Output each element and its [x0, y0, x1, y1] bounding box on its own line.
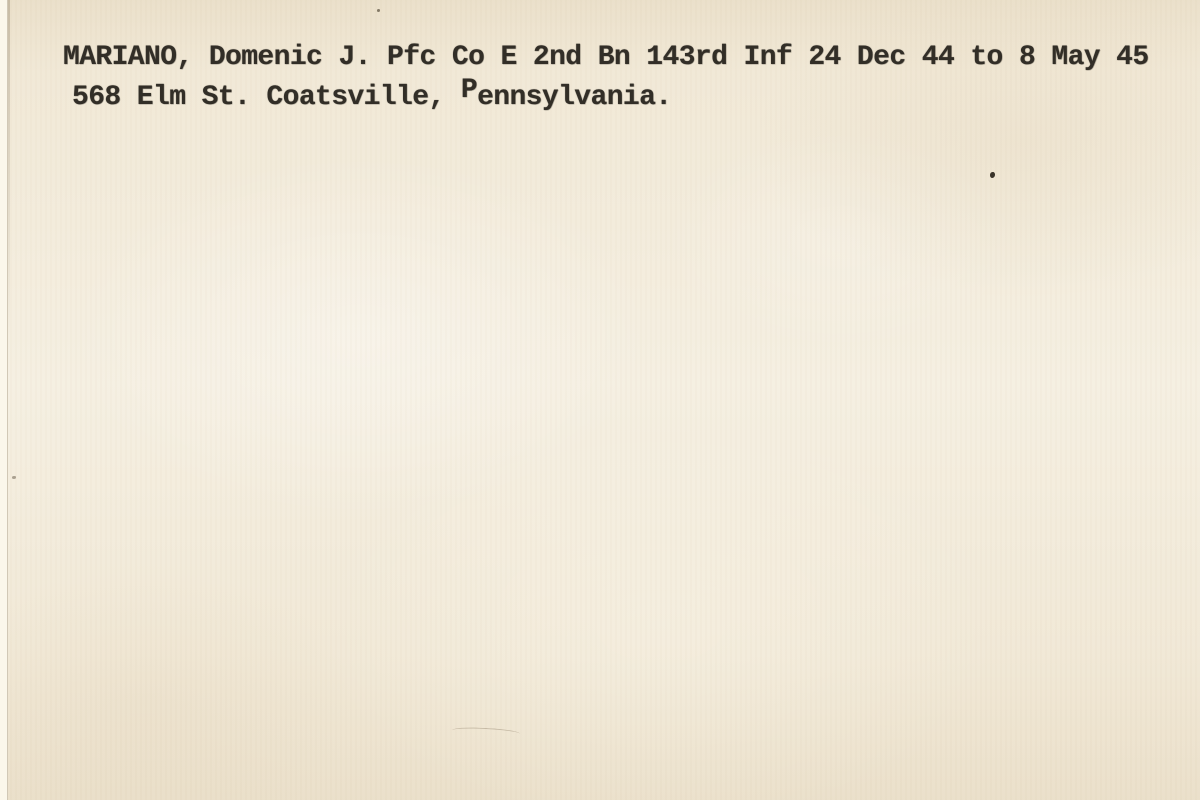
paper-grain-texture: [0, 0, 1200, 800]
service-record-line: MARIANO, Domenic J. Pfc Co E 2nd Bn 143r…: [63, 38, 1149, 78]
address-line: 568 Elm St. Coatsville, Pennsylvania.: [63, 78, 1149, 118]
address-line-prefix: 568 Elm St. Coatsville,: [72, 82, 461, 113]
ink-speck: [12, 476, 16, 479]
address-line-suffix: ennsylvania.: [477, 82, 671, 113]
address-line-raised-letter: P: [461, 71, 477, 111]
ink-speck: [377, 9, 380, 12]
scanned-index-card: MARIANO, Domenic J. Pfc Co E 2nd Bn 143r…: [0, 0, 1200, 800]
ink-speck: [990, 172, 995, 178]
scan-left-edge-strip: [0, 0, 8, 800]
typed-text-block: MARIANO, Domenic J. Pfc Co E 2nd Bn 143r…: [63, 38, 1149, 118]
paper-crease: [452, 726, 520, 738]
